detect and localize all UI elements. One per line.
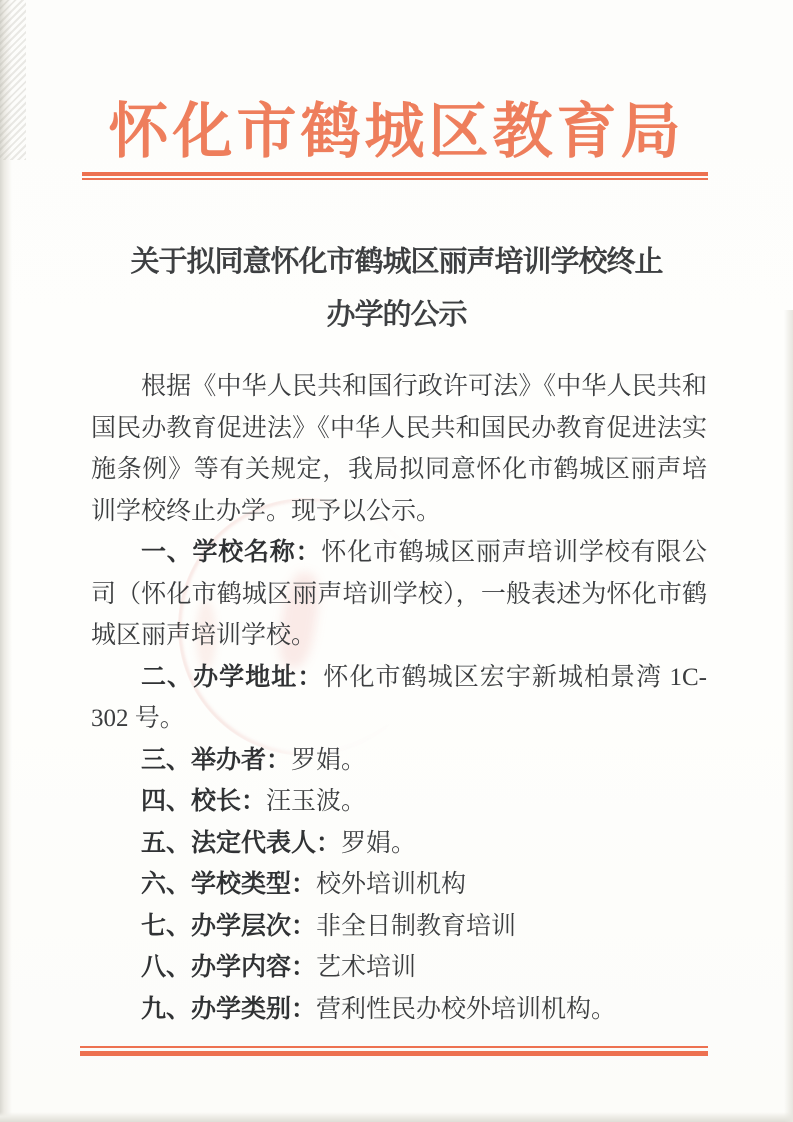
- intro-paragraph: 根据《中华人民共和国行政许可法》《中华人民共和国民办教育促进法》《中华人民共和国…: [91, 366, 707, 532]
- rule-thin-bar: [82, 178, 708, 180]
- item-value: 校外培训机构: [316, 871, 466, 898]
- item-education-category: 九、办学类别：营利性民办校外培训机构。: [91, 989, 707, 1031]
- document-title: 关于拟同意怀化市鹤城区丽声培训学校终止办学的公示: [0, 236, 793, 342]
- scan-edge-bottom: [0, 1112, 793, 1122]
- item-value: 罗娟。: [341, 830, 416, 857]
- item-value: 艺术培训: [316, 954, 416, 981]
- scan-edge-right: [784, 310, 793, 1122]
- letterhead-double-rule: [82, 172, 708, 180]
- item-organizer: 三、举办者：罗娟。: [91, 740, 707, 782]
- item-school-address: 二、办学地址：怀化市鹤城区宏宇新城柏景湾 1C-302 号。: [91, 657, 707, 740]
- rule-thick-bar: [80, 1051, 708, 1056]
- item-value: 非全日制教育培训: [316, 913, 516, 940]
- item-label: 六、学校类型：: [141, 870, 316, 898]
- document-title-line2: 办学的公示: [326, 299, 466, 331]
- document-page: 怀化市鹤城区教育局 关于拟同意怀化市鹤城区丽声培训学校终止办学的公示 根据《中华…: [0, 0, 793, 1122]
- scan-edge-left: [0, 0, 12, 1122]
- item-value: 汪玉波。: [266, 788, 366, 815]
- agency-letterhead: 怀化市鹤城区教育局: [0, 96, 793, 168]
- item-school-name: 一、学校名称：怀化市鹤城区丽声培训学校有限公司（怀化市鹤城区丽声培训学校），一般…: [91, 532, 707, 657]
- item-label: 九、办学类别：: [141, 995, 316, 1023]
- item-value: 营利性民办校外培训机构。: [316, 996, 616, 1023]
- document-title-line1: 关于拟同意怀化市鹤城区丽声培训学校终止: [130, 246, 662, 278]
- item-label: 三、举办者：: [141, 746, 291, 774]
- item-school-type: 六、学校类型：校外培训机构: [91, 864, 707, 906]
- item-education-content: 八、办学内容：艺术培训: [91, 947, 707, 989]
- item-education-level: 七、办学层次：非全日制教育培训: [91, 906, 707, 948]
- item-label: 四、校长：: [141, 787, 266, 815]
- item-label: 二、办学地址：: [141, 663, 323, 691]
- item-label: 八、办学内容：: [141, 953, 316, 981]
- item-principal: 四、校长：汪玉波。: [91, 781, 707, 823]
- footer-double-rule: [80, 1046, 708, 1056]
- scanned-document: { "doc": { "agency": "怀化市鹤城区教育局", "title…: [0, 0, 793, 1122]
- item-label: 七、办学层次：: [141, 912, 316, 940]
- item-label: 五、法定代表人：: [141, 829, 341, 857]
- item-legal-representative: 五、法定代表人：罗娟。: [91, 823, 707, 865]
- item-value: 罗娟。: [291, 747, 366, 774]
- item-label: 一、学校名称：: [141, 538, 321, 566]
- document-body: 根据《中华人民共和国行政许可法》《中华人民共和国民办教育促进法》《中华人民共和国…: [91, 366, 707, 1030]
